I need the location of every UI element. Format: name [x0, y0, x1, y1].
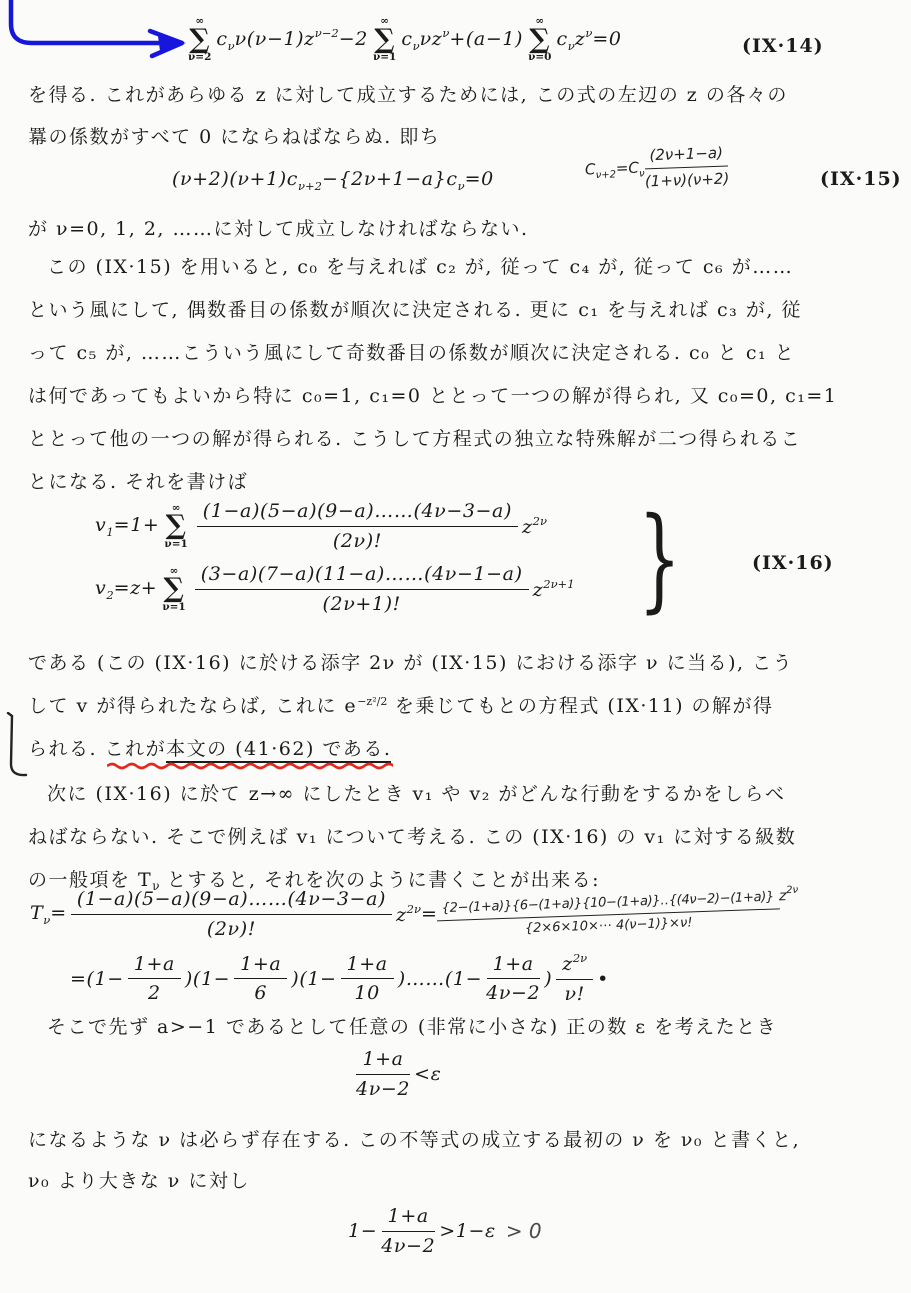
- sigma-glyph: ∑: [166, 513, 187, 539]
- handwritten-expansion-annotation: {2−(1+a)}{6−(1+a)}{10−(1+a)}‥{(4ν−2)−(1+…: [437, 888, 800, 940]
- equation-ix15: (ν+2)(ν+1)cν+2−{2ν+1−a}cν=0: [172, 168, 494, 193]
- right-brace: }: [638, 503, 681, 615]
- eq-fragment: z2ν: [396, 902, 421, 926]
- summation-symbol: ∞ ∑ ν=1: [373, 16, 396, 63]
- general-term-equation: Tν= (1−a)(5−a)(9−a)……(4ν−3−a) (2ν)! z2ν …: [30, 888, 799, 941]
- fraction: 1+a6: [234, 953, 287, 1006]
- eq-fragment: =(1−: [70, 968, 124, 990]
- text-line: になるような ν は必らず存在する. この不等式の成立する最初の ν を ν₀ …: [28, 1125, 898, 1152]
- eq-fragment: z2ν: [522, 514, 547, 538]
- text-line: って c₅ が, ……こういう風にして奇数番目の係数が順次に決定される. c₀ …: [28, 338, 898, 365]
- text-fragment: これが: [105, 738, 167, 760]
- text-line: が ν=0, 1, 2, ……に対して成立しなければならない.: [28, 214, 898, 241]
- underlined-text: 本文の (41·62) である.: [166, 738, 391, 763]
- exponent-fragment: −z²/2: [357, 695, 387, 708]
- equation-ix16-v1: v1=1+ ∞ ∑ ν=1 (1−a)(5−a)(9−a)……(4ν−3−a) …: [95, 500, 547, 553]
- text-line: して v が得られたならば, これに e−z²/2 を乗じてもとの方程式 (IX…: [28, 691, 898, 718]
- summation-symbol: ∞ ∑ ν=1: [164, 503, 187, 550]
- summation-symbol: ∞ ∑ ν=2: [188, 16, 211, 63]
- formula-number-ix14: (IX·14): [742, 35, 824, 57]
- text-line: は何であってもよいから特に c₀=1, c₁=0 ととって一つの解が得られ, 又…: [28, 381, 898, 408]
- eq-fragment: v2=z+: [95, 577, 157, 602]
- eq-fragment: cννzν+(a−1): [401, 26, 523, 53]
- sigma-glyph: ∑: [529, 27, 550, 53]
- text-line: とになる. それを書けば: [28, 467, 898, 494]
- hand-fragment: Cν+2=Cν: [585, 158, 645, 181]
- eq-fragment: v1=1+: [95, 514, 159, 539]
- margin-bracket-mark: [0, 712, 34, 784]
- text-line: である (この (IX·16) に於ける添字 2ν が (IX·15) における…: [28, 648, 898, 675]
- handwritten-gt-zero: > 0: [506, 1219, 542, 1243]
- summation-symbol: ∞ ∑ ν=1: [162, 566, 185, 613]
- eq-fragment: ): [544, 968, 552, 990]
- final-inequality: 1− 1+a4ν−2 >1−ε > 0: [348, 1205, 542, 1258]
- text-line: を得る. これがあらゆる z に対して成立するためには, この式の左辺の z の…: [28, 80, 898, 107]
- eq-fragment: Tν=: [30, 902, 67, 927]
- sigma-glyph: ∑: [374, 27, 395, 53]
- red-wavy-underline: [107, 761, 394, 771]
- sigma-glyph: ∑: [189, 27, 210, 53]
- handwritten-recurrence-annotation: Cν+2=Cν (2ν+1−a) (1+ν)(ν+2): [584, 144, 729, 193]
- hand-fragment: z2ν: [779, 884, 799, 904]
- eq-fragment: >1−ε: [439, 1220, 496, 1242]
- fraction: (1−a)(5−a)(9−a)……(4ν−3−a) (2ν)!: [71, 888, 392, 941]
- red-wavy-underlined-phrase: これが本文の (41·62) である.: [105, 734, 392, 761]
- eq-fragment: cνzν=0: [556, 26, 621, 53]
- text-line: ν₀ より大きな ν に対し: [28, 1166, 898, 1193]
- fraction: 1+a4ν−2: [486, 953, 540, 1006]
- sum-lower-limit: ν=0: [528, 52, 551, 63]
- fraction: 1+a10: [341, 953, 394, 1006]
- sum-lower-limit: ν=1: [162, 602, 185, 613]
- text-line: ととって他の一つの解が得られる. こうして方程式の独立な特殊解が二つ得られるこ: [28, 424, 898, 451]
- eq-fragment: •: [597, 968, 609, 990]
- eq-fragment: cνν(ν−1)zν−2−2: [216, 26, 368, 53]
- handwritten-fraction: (2ν+1−a) (1+ν)(ν+2): [644, 144, 730, 191]
- fraction: 1+a2: [128, 953, 181, 1006]
- text-line: 羃の係数がすべて 0 にならねばならぬ. 即ち: [28, 122, 898, 149]
- text-line: ねばならない. そこで例えば v₁ について考える. この (IX·16) の …: [28, 822, 898, 849]
- equation-ix14: ∞ ∑ ν=2 cνν(ν−1)zν−2−2 ∞ ∑ ν=1 cννzν+(a−…: [183, 16, 622, 63]
- text-line: 次に (IX·16) に於て z→∞ にしたとき v₁ や v₂ がどんな行動を…: [28, 779, 911, 806]
- eq-fragment: z2ν+1: [533, 577, 575, 601]
- text-line: そこで先ず a>−1 であるとして任意の (非常に小さな) 正の数 ε を考えた…: [28, 1012, 911, 1039]
- text-fragment: して v が得られたならば, これに e: [28, 695, 357, 717]
- sum-lower-limit: ν=2: [188, 52, 211, 63]
- equation-ix16-v2: v2=z+ ∞ ∑ ν=1 (3−a)(7−a)(11−a)……(4ν−1−a)…: [95, 563, 575, 616]
- eq-fragment: (ν+2)(ν+1)cν+2−{2ν+1−a}cν=0: [172, 168, 494, 193]
- text-line: という風にして, 偶数番目の係数が順次に決定される. 更に c₁ を与えれば c…: [28, 295, 898, 322]
- text-fragment: られる.: [28, 738, 105, 760]
- handwritten-fraction: {2−(1+a)}{6−(1+a)}{10−(1+a)}‥{(4ν−2)−(1+…: [437, 889, 781, 940]
- sum-lower-limit: ν=1: [373, 52, 396, 63]
- eq-fragment: )(1−: [291, 968, 336, 990]
- summation-symbol: ∞ ∑ ν=0: [528, 16, 551, 63]
- formula-number-ix15: (IX·15): [820, 168, 902, 190]
- epsilon-inequality: 1+a4ν−2 <ε: [352, 1048, 441, 1101]
- fraction: (1−a)(5−a)(9−a)……(4ν−3−a) (2ν)!: [197, 500, 518, 553]
- eq-fragment: =: [421, 903, 438, 925]
- general-term-product-form: =(1− 1+a2 )(1− 1+a6 )(1− 1+a10 )……(1− 1+…: [70, 952, 609, 1006]
- formula-number-ix16: (IX·16): [752, 552, 834, 574]
- eq-fragment: 1−: [348, 1220, 377, 1242]
- sigma-glyph: ∑: [164, 576, 185, 602]
- blue-curved-arrow-annotation: [0, 0, 200, 60]
- text-fragment: を乗じてもとの方程式 (IX·11) の解が得: [387, 695, 773, 717]
- text-line: られる. これが本文の (41·62) である.: [28, 734, 898, 761]
- sum-lower-limit: ν=1: [164, 539, 187, 550]
- fraction: 1+a4ν−2: [356, 1048, 410, 1101]
- eq-fragment: )(1−: [185, 968, 230, 990]
- fraction: 1+a4ν−2: [381, 1205, 435, 1258]
- fraction: z2ν ν!: [556, 952, 593, 1006]
- fraction: (3−a)(7−a)(11−a)……(4ν−1−a) (2ν+1)!: [195, 563, 529, 616]
- text-line: この (IX·15) を用いると, c₀ を与えれば c₂ が, 従って c₄ …: [28, 252, 911, 279]
- eq-fragment: )……(1−: [398, 968, 482, 990]
- eq-fragment: <ε: [414, 1063, 441, 1085]
- eq-fragment: z2ν: [556, 952, 593, 980]
